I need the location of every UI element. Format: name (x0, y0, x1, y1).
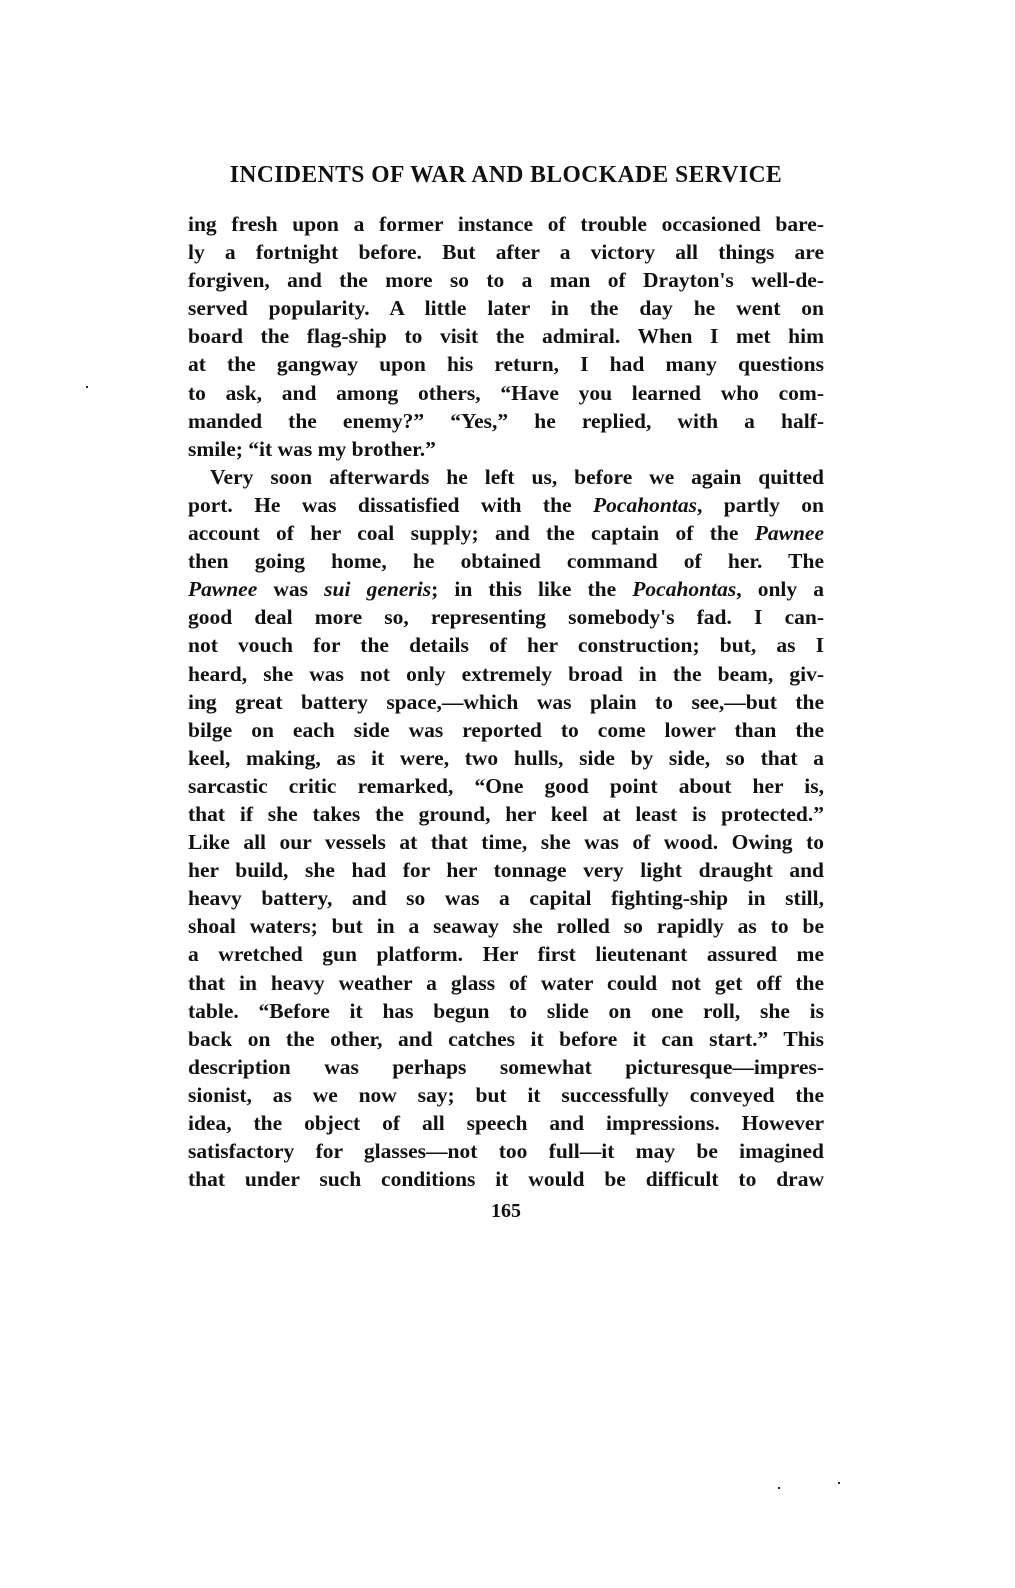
text-line: bilge on each side was reported to come … (188, 716, 824, 744)
text-line: heard, she was not only extremely broad … (188, 660, 824, 688)
text-line: ing fresh upon a former instance of trou… (188, 210, 824, 238)
text-line: Like all our vessels at that time, she w… (188, 828, 824, 856)
text-line: manded the enemy?” “Yes,” he replied, wi… (188, 407, 824, 435)
text-line: good deal more so, representing somebody… (188, 603, 824, 631)
text-line: ing great battery space,—which was plain… (188, 688, 824, 716)
text-line: smile; “it was my brother.” (188, 435, 824, 463)
page-number: 165 (188, 1197, 824, 1225)
text-line: port. He was dissatisfied with the Pocah… (188, 491, 824, 519)
italic-term: Pocahontas (632, 577, 736, 601)
book-page: INCIDENTS OF WAR AND BLOCKADE SERVICE in… (188, 158, 824, 1225)
text-line: that if she takes the ground, her keel a… (188, 800, 824, 828)
running-head: INCIDENTS OF WAR AND BLOCKADE SERVICE (194, 158, 817, 192)
text-line: then going home, he obtained command of … (188, 547, 824, 575)
text-line: board the flag-ship to visit the admiral… (188, 322, 824, 350)
italic-term: Pocahontas (593, 493, 697, 517)
body-text: ing fresh upon a former instance of trou… (188, 210, 824, 1193)
text-line: her build, she had for her tonnage very … (188, 856, 824, 884)
text-line: Pawnee was sui generis; in this like the… (188, 575, 824, 603)
italic-term: sui generis (324, 577, 431, 601)
text-line: a wretched gun platform. Her first lieut… (188, 940, 824, 968)
text-line: served popularity. A little later in the… (188, 294, 824, 322)
text-line: idea, the object of all speech and impre… (188, 1109, 824, 1137)
text-line: sionist, as we now say; but it successfu… (188, 1081, 824, 1109)
text-line: forgiven, and the more so to a man of Dr… (188, 266, 824, 294)
text-line: heavy battery, and so was a capital figh… (188, 884, 824, 912)
text-line: back on the other, and catches it before… (188, 1025, 824, 1053)
text-line: table. “Before it has begun to slide on … (188, 997, 824, 1025)
text-line: not vouch for the details of her constru… (188, 631, 824, 659)
scan-speck (838, 1482, 840, 1484)
text-line: to ask, and among others, “Have you lear… (188, 379, 824, 407)
text-line: satisfactory for glasses—not too full—it… (188, 1137, 824, 1165)
text-line: at the gangway upon his return, I had ma… (188, 350, 824, 378)
scan-speck (86, 386, 88, 388)
text-line: Very soon afterwards he left us, before … (188, 463, 824, 491)
text-line: keel, making, as it were, two hulls, sid… (188, 744, 824, 772)
scan-speck (778, 1487, 780, 1489)
italic-term: Pawnee (755, 521, 824, 545)
text-line: that in heavy weather a glass of water c… (188, 969, 824, 997)
text-line: shoal waters; but in a seaway she rolled… (188, 912, 824, 940)
text-line: sarcastic critic remarked, “One good poi… (188, 772, 824, 800)
text-line: ly a fortnight before. But after a victo… (188, 238, 824, 266)
text-line: account of her coal supply; and the capt… (188, 519, 824, 547)
text-line: that under such conditions it would be d… (188, 1165, 824, 1193)
italic-term: Pawnee (188, 577, 257, 601)
text-line: description was perhaps somewhat picture… (188, 1053, 824, 1081)
